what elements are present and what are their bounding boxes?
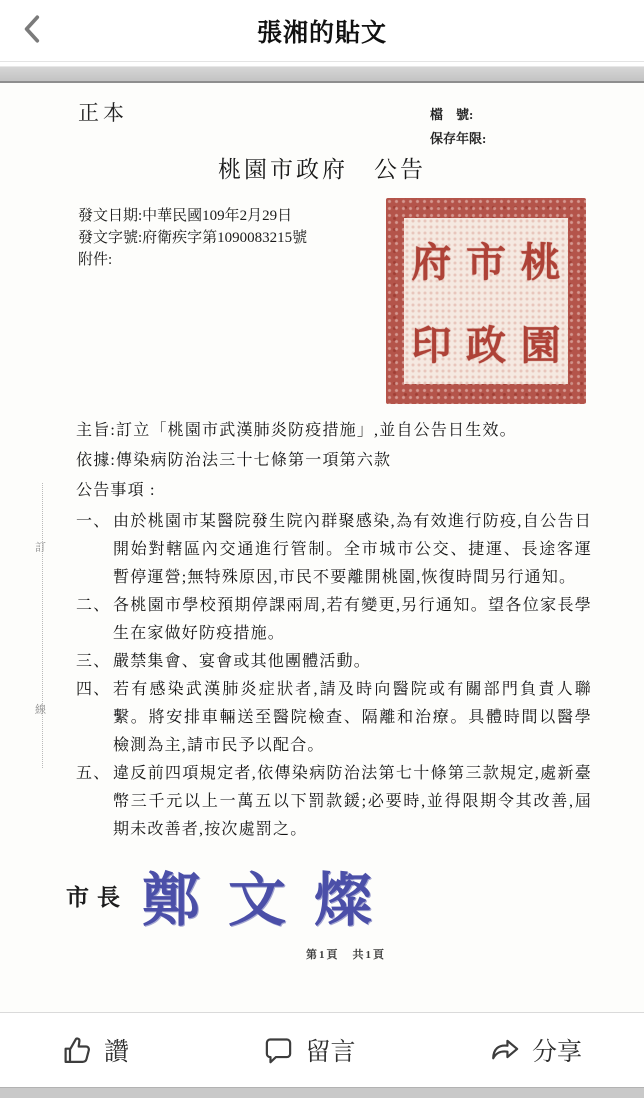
document-meta: 發文日期:中華民國109年2月29日 發文字號:府衛疾字第1090083215號… (78, 205, 307, 271)
list-item: 一、 由於桃園市某醫院發生院內群聚感染,為有效進行防疫,自公告日開始對轄區內交通… (76, 508, 592, 592)
announcement-items: 一、 由於桃園市某醫院發生院內群聚感染,為有效進行防疫,自公告日開始對轄區內交通… (76, 508, 592, 844)
item-text: 違反前四項規定者,依傳染病防治法第七十條第三款規定,處新臺幣三千元以上一萬五以下… (113, 765, 592, 838)
seal-char: 府 (404, 218, 459, 301)
list-item: 四、 若有感染武漢肺炎症狀者,請及時向醫院或有關部門負責人聯繫。將安排車輛送至醫… (76, 676, 592, 760)
official-seal: 府 市 桃 印 政 園 (386, 198, 586, 404)
navbar: 張湘的貼文 (0, 0, 644, 62)
basis-line: 依據:傳染病防治法三十七條第一項第六款 (76, 446, 592, 476)
item-text: 若有感染武漢肺炎症狀者,請及時向醫院或有關部門負責人聯繫。將安排車輛送至醫院檢查… (113, 681, 592, 754)
page-title: 張湘的貼文 (257, 13, 387, 49)
horizontal-scrollbar[interactable] (0, 66, 644, 83)
document-title: 桃園市政府 公告 (0, 151, 644, 184)
comment-label: 留言 (305, 1032, 355, 1068)
binding-mark-bottom: 線 (35, 701, 46, 717)
item-number: 五、 (76, 760, 110, 788)
document-body: 主旨:訂立「桃園市武漢肺炎防疫措施」,並自公告日生效。 依據:傳染病防治法三十七… (76, 416, 592, 844)
attachment-label: 附件: (78, 249, 307, 271)
scroll-strip (0, 62, 644, 83)
thumbs-up-icon (62, 1035, 93, 1066)
seal-characters: 府 市 桃 印 政 園 (404, 218, 568, 384)
copy-type-label: 正本 (78, 97, 128, 127)
like-button[interactable]: 讚 (62, 1032, 129, 1068)
list-item: 二、 各桃園市學校預期停課兩周,若有變更,另行通知。望各位家長學生在家做好防疫措… (76, 592, 592, 648)
page-number-footer: 第1頁 共1頁 (306, 946, 386, 962)
signer-title: 市長 (66, 879, 128, 912)
back-button[interactable] (14, 12, 52, 50)
item-number: 四、 (76, 676, 110, 704)
item-number: 二、 (76, 592, 110, 620)
comment-button[interactable]: 留言 (263, 1032, 355, 1068)
back-chevron-icon (20, 14, 46, 49)
items-heading: 公告事項 : (76, 476, 592, 506)
binding-dotted-line (42, 483, 43, 768)
seal-char: 桃 (513, 218, 568, 301)
item-number: 三、 (76, 648, 110, 676)
post-image-document[interactable]: 正本 檔 號: 保存年限: 桃園市政府 公告 發文日期:中華民國109年2月29… (0, 83, 644, 1012)
like-label: 讚 (104, 1032, 129, 1068)
share-icon (490, 1035, 521, 1066)
seal-char: 政 (459, 301, 514, 384)
share-label: 分享 (532, 1032, 582, 1068)
file-number-block: 檔 號: 保存年限: (430, 103, 486, 151)
issue-number: 發文字號:府衛疾字第1090083215號 (78, 227, 307, 249)
seal-char: 印 (404, 301, 459, 384)
item-text: 由於桃園市某醫院發生院內群聚感染,為有效進行防疫,自公告日開始對轄區內交通進行管… (113, 513, 592, 586)
retention-label: 保存年限: (430, 127, 486, 151)
binding-mark-top: 訂 (35, 539, 46, 555)
item-text: 嚴禁集會、宴會或其他團體活動。 (113, 653, 371, 670)
list-item: 三、 嚴禁集會、宴會或其他團體活動。 (76, 648, 592, 676)
signer-name: 鄭文燦 (142, 853, 400, 937)
item-text: 各桃園市學校預期停課兩周,若有變更,另行通知。望各位家長學生在家做好防疫措施。 (113, 597, 592, 642)
item-number: 一、 (76, 508, 110, 536)
subject-line: 主旨:訂立「桃園市武漢肺炎防疫措施」,並自公告日生效。 (76, 416, 592, 446)
issue-date: 發文日期:中華民國109年2月29日 (78, 205, 307, 227)
list-item: 五、 違反前四項規定者,依傳染病防治法第七十條第三款規定,處新臺幣三千元以上一萬… (76, 760, 592, 844)
comment-icon (263, 1035, 294, 1066)
action-bar: 讚 留言 分享 (0, 1013, 644, 1087)
file-number-label: 檔 號: (430, 103, 486, 127)
seal-char: 市 (459, 218, 514, 301)
share-button[interactable]: 分享 (490, 1032, 582, 1068)
bottom-scrollbar-strip[interactable] (0, 1087, 644, 1098)
mayor-signature: 市長 鄭文燦 (66, 853, 400, 937)
seal-char: 園 (513, 301, 568, 384)
